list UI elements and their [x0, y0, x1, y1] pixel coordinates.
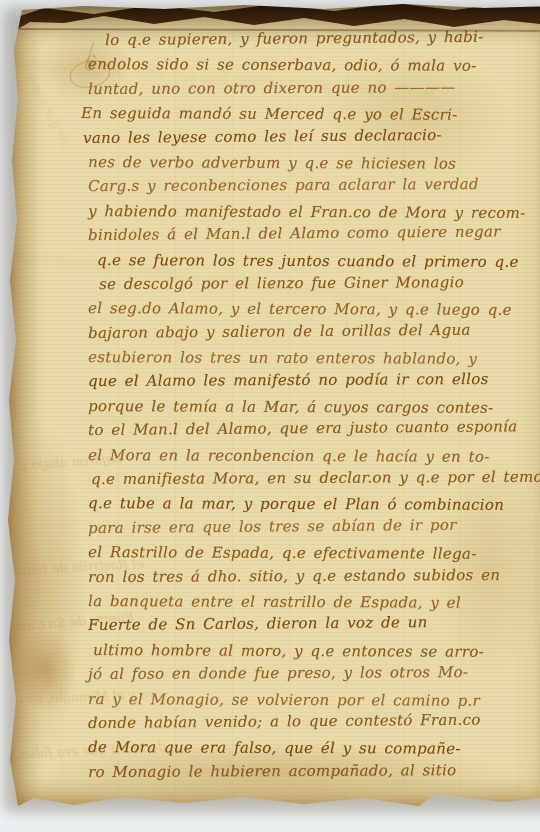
- manuscript-line: Carg.s y reconbenciones para aclarar la …: [88, 172, 540, 199]
- manuscript-line: binidoles á el Man.l del Alamo como quie…: [88, 219, 540, 247]
- manuscript-line: luntad, uno con otro dixeron que no ————: [88, 74, 540, 101]
- manuscript-text: lo q.e supieren, y fueron preguntados, y…: [88, 28, 540, 784]
- manuscript-line: bajaron abajo y salieron de la orillas d…: [88, 317, 540, 345]
- manuscript-line: que el Alamo les manifestó no podía ir c…: [88, 367, 540, 394]
- manuscript-line: ron los tres á dho. sitio, y q.e estando…: [88, 562, 540, 589]
- manuscript-line: para irse era que los tres se abían de i…: [88, 512, 540, 540]
- scanned-document: vano les leyese como les leí sus declara…: [0, 0, 540, 832]
- manuscript-page: vano les leyese como les leí sus declara…: [4, 0, 540, 812]
- manuscript-line: q.e manifiesta Mora, en su declar.on y q…: [91, 465, 540, 492]
- manuscript-line: Fuerte de Sn Carlos, dieron la voz de un: [88, 609, 540, 637]
- manuscript-line: vano les leyese como les leí sus declara…: [83, 121, 540, 149]
- stain: [14, 628, 76, 712]
- manuscript-line: se descolgó por el lienzo fue Giner Mona…: [99, 270, 540, 297]
- manuscript-line: jó al foso en donde fue preso, y los otr…: [88, 660, 540, 687]
- manuscript-line: ro Monagio le hubieren acompañado, al si…: [88, 757, 540, 784]
- manuscript-line: to el Man.l del Alamo, que era justo cua…: [88, 414, 540, 442]
- manuscript-line: donde habían venido; a lo que contestó F…: [88, 707, 540, 735]
